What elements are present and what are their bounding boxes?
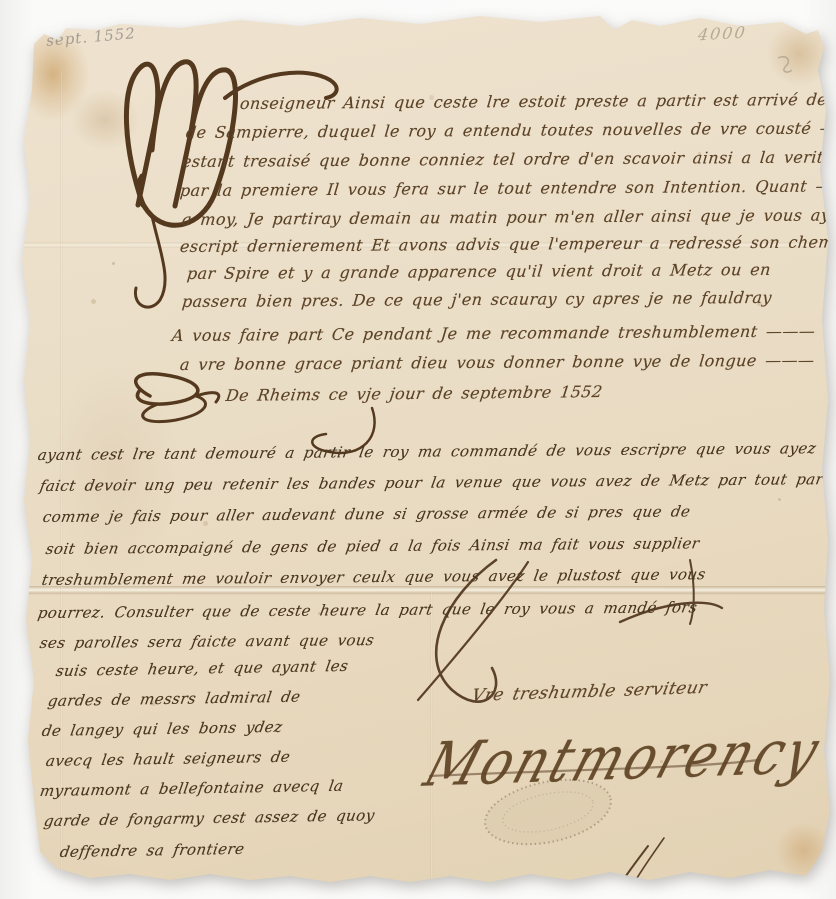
postscript-line: ayant cest lre tant demouré a partir le …	[36, 439, 836, 464]
stain-top-left-area	[70, 90, 140, 150]
postscript-column-line: deffendre sa frontiere	[59, 840, 246, 861]
pencil-inventory-number: 4000	[697, 23, 748, 45]
fold-crease-vertical-signature	[430, 592, 433, 878]
pencil-date-annotation: sept. 1552	[45, 24, 136, 50]
letter-line: onseigneur Ainsi que ceste lre estoit pr…	[239, 90, 836, 113]
postscript-column-line: garde de fongarmy cest assez de quoy	[43, 806, 377, 830]
fold-crease-vertical-left	[60, 70, 63, 870]
faint-pencil-mark	[778, 57, 792, 72]
foxing-spots	[0, 0, 3, 3]
postscript-line: treshumblement me vouloir envoyer ceulx …	[40, 565, 707, 589]
postscript-column-line: avecq les hault seigneurs de	[45, 748, 292, 770]
letter-line: estant tresaisé que bonne conniez tel or…	[181, 147, 836, 171]
letter-line: passera bien pres. De ce que j'en scaura…	[181, 288, 773, 311]
postscript-column-line: suis ceste heure, et que ayant les	[55, 657, 350, 680]
postscript-column-line: gardes de messrs ladmiral de	[47, 688, 302, 710]
initial-letter-m: M	[0, 0, 1, 1]
postscript-line: ses parolles sera faicte avant que vous	[38, 631, 375, 652]
postscript-line: comme je fais pour aller audevant dune s…	[41, 502, 691, 526]
scanned-letter-scene: sept. 1552 4000	[0, 0, 836, 899]
postscript-column-line: myraumont a bellefontaine avecq la	[39, 777, 345, 800]
letter-line: par la premiere Il vous fera sur le tout…	[179, 176, 836, 200]
signature-salutation: Vre treshumble serviteur	[470, 678, 709, 706]
letter-line: de Sampierre, duquel le roy a entendu to…	[185, 118, 836, 142]
manuscript-paper: sept. 1552 4000	[0, 0, 836, 899]
postscript-column-line: de langey qui les bons ydez	[41, 718, 284, 740]
letter-dateline: De Rheims ce vje jour de septembre 1552	[225, 382, 604, 405]
stain-top-right-corner	[766, 22, 832, 86]
stain-bottom-right-corner	[776, 822, 832, 878]
signature-name: Montmorency	[416, 716, 830, 800]
letter-line: a moy, Je partiray demain au matin pour …	[181, 205, 831, 229]
letter-line: escript dernierement Et avons advis que …	[179, 232, 836, 256]
letter-line: par Spire et y a grande apparence qu'il …	[186, 260, 772, 283]
letter-line: A vous faire part Ce pendant Je me recom…	[171, 322, 816, 345]
postscript-line: soit bien accompaigné de gens de pied a …	[44, 534, 700, 558]
paper-shadow-wrap: sept. 1552 4000	[0, 0, 836, 899]
postscript-line: faict devoir ung peu retenir les bandes …	[38, 470, 836, 495]
postscript-line: pourrez. Consulter que de ceste heure la…	[36, 598, 698, 622]
letter-line: a vre bonne grace priant dieu vous donne…	[179, 351, 815, 374]
